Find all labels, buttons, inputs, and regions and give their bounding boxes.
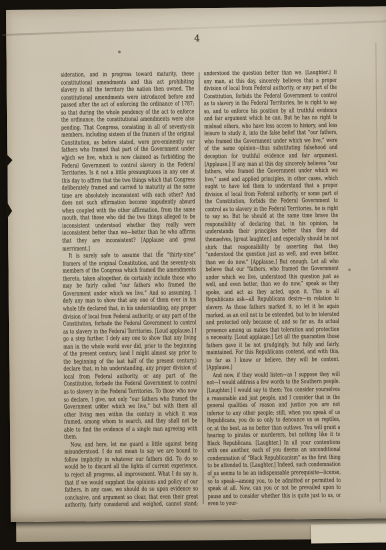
bottom-right-page-corner <box>311 523 386 543</box>
torn-edge-notch <box>5 153 12 168</box>
text-column-left: sideration, and in progress toward matur… <box>61 71 199 508</box>
fold-crease-right <box>375 42 380 502</box>
foxing-specks <box>6 10 8 12</box>
text-column-right: understood the question better than we. … <box>204 70 341 507</box>
paragraph: It is surely safe to assume that the “th… <box>62 252 197 442</box>
text-block: sideration, and in progress toward matur… <box>61 70 341 509</box>
paper-page: 4 sideration, and in progress toward mat… <box>6 6 386 522</box>
page-number: 4 <box>60 33 334 46</box>
column-left-text: sideration, and in progress toward matur… <box>61 71 199 508</box>
torn-edge-notch <box>6 200 13 220</box>
paragraph: sideration, and in progress toward matur… <box>61 71 196 253</box>
paragraph: And now, if they would listen—as I suppo… <box>206 372 340 507</box>
scanned-document-screenshot: { "page": { "number": "4" }, "colors": {… <box>0 0 386 550</box>
paragraph: Now, and here, let me guard a little aga… <box>64 441 198 508</box>
column-right-text: understood the question better than we. … <box>204 70 341 507</box>
column-divider-rule <box>199 72 204 504</box>
paragraph: understood the question better than we. … <box>204 70 340 373</box>
